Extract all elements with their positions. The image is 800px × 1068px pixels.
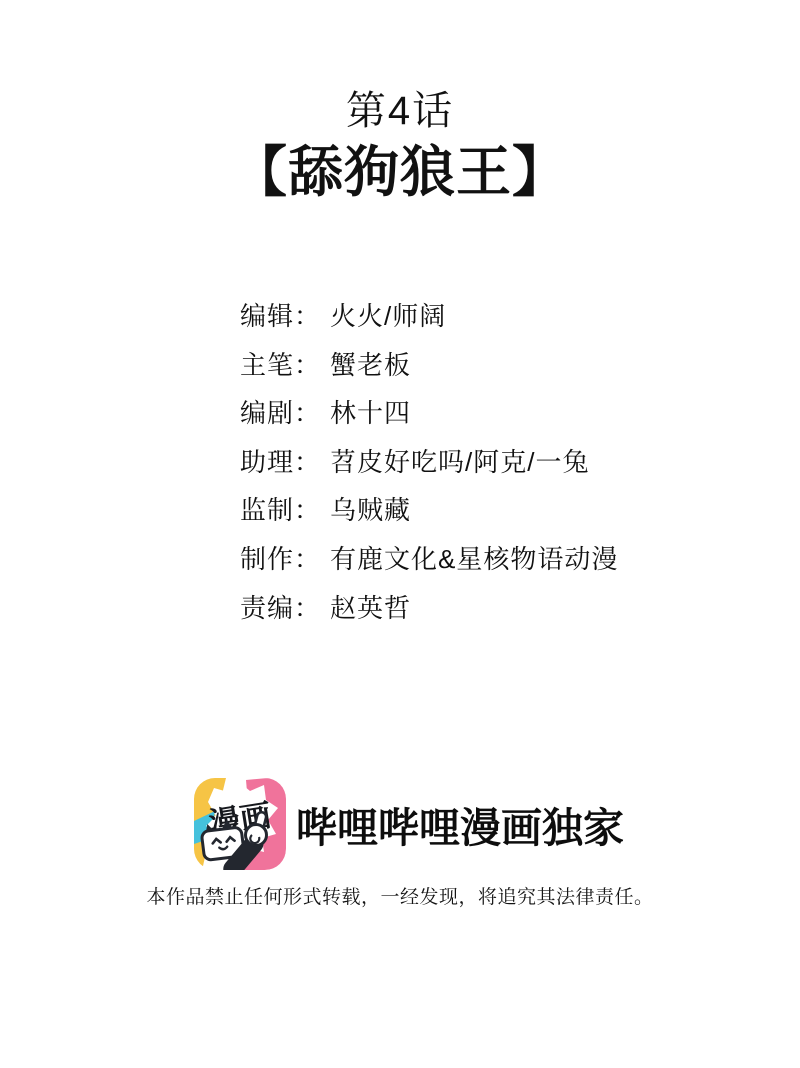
credit-role-label: 编辑：: [240, 292, 321, 341]
credit-name-value: 赵英哲: [330, 584, 411, 633]
manga-credits-page: 第4话 【舔狗狼王】 编辑： 火火/师阔 主笔： 蟹老板 编剧： 林十四 助理：…: [0, 0, 800, 1068]
credit-name-value: 林十四: [330, 389, 411, 438]
credit-name-value: 苕皮好吃吗/阿克/一兔: [330, 438, 589, 487]
credit-role-label: 助理：: [240, 438, 321, 487]
chapter-number: 第4话: [0, 86, 800, 136]
brand-row: 漫画 哔哩哔哩漫画独家: [194, 778, 624, 870]
copyright-disclaimer: 本作品禁止任何形式转载，一经发现，将追究其法律责任。: [0, 884, 800, 911]
credit-role-label: 监制：: [240, 486, 321, 535]
bilibili-manga-logo-icon: 漫画: [194, 778, 286, 870]
credit-row-screenwriter: 编剧： 林十四: [240, 389, 618, 438]
credit-role-label: 制作：: [240, 535, 321, 584]
credit-role-label: 主笔：: [240, 341, 321, 390]
credit-name-value: 有鹿文化&星核物语动漫: [330, 535, 618, 584]
credit-name-value: 蟹老板: [330, 341, 411, 390]
credit-row-supervisor: 监制： 乌贼藏: [240, 486, 618, 535]
credit-row-managing-editor: 责编： 赵英哲: [240, 584, 618, 633]
credit-row-lead-artist: 主笔： 蟹老板: [240, 341, 618, 390]
credits-list: 编辑： 火火/师阔 主笔： 蟹老板 编剧： 林十四 助理： 苕皮好吃吗/阿克/一…: [240, 292, 618, 632]
credit-name-value: 火火/师阔: [330, 292, 446, 341]
credit-row-assistants: 助理： 苕皮好吃吗/阿克/一兔: [240, 438, 618, 487]
credit-row-editor: 编辑： 火火/师阔: [240, 292, 618, 341]
credit-role-label: 责编：: [240, 584, 321, 633]
credit-role-label: 编剧：: [240, 389, 321, 438]
brand-exclusive-text: 哔哩哔哩漫画独家: [296, 795, 624, 854]
chapter-title: 【舔狗狼王】: [0, 138, 800, 206]
credit-row-production: 制作： 有鹿文化&星核物语动漫: [240, 535, 618, 584]
credit-name-value: 乌贼藏: [330, 486, 411, 535]
